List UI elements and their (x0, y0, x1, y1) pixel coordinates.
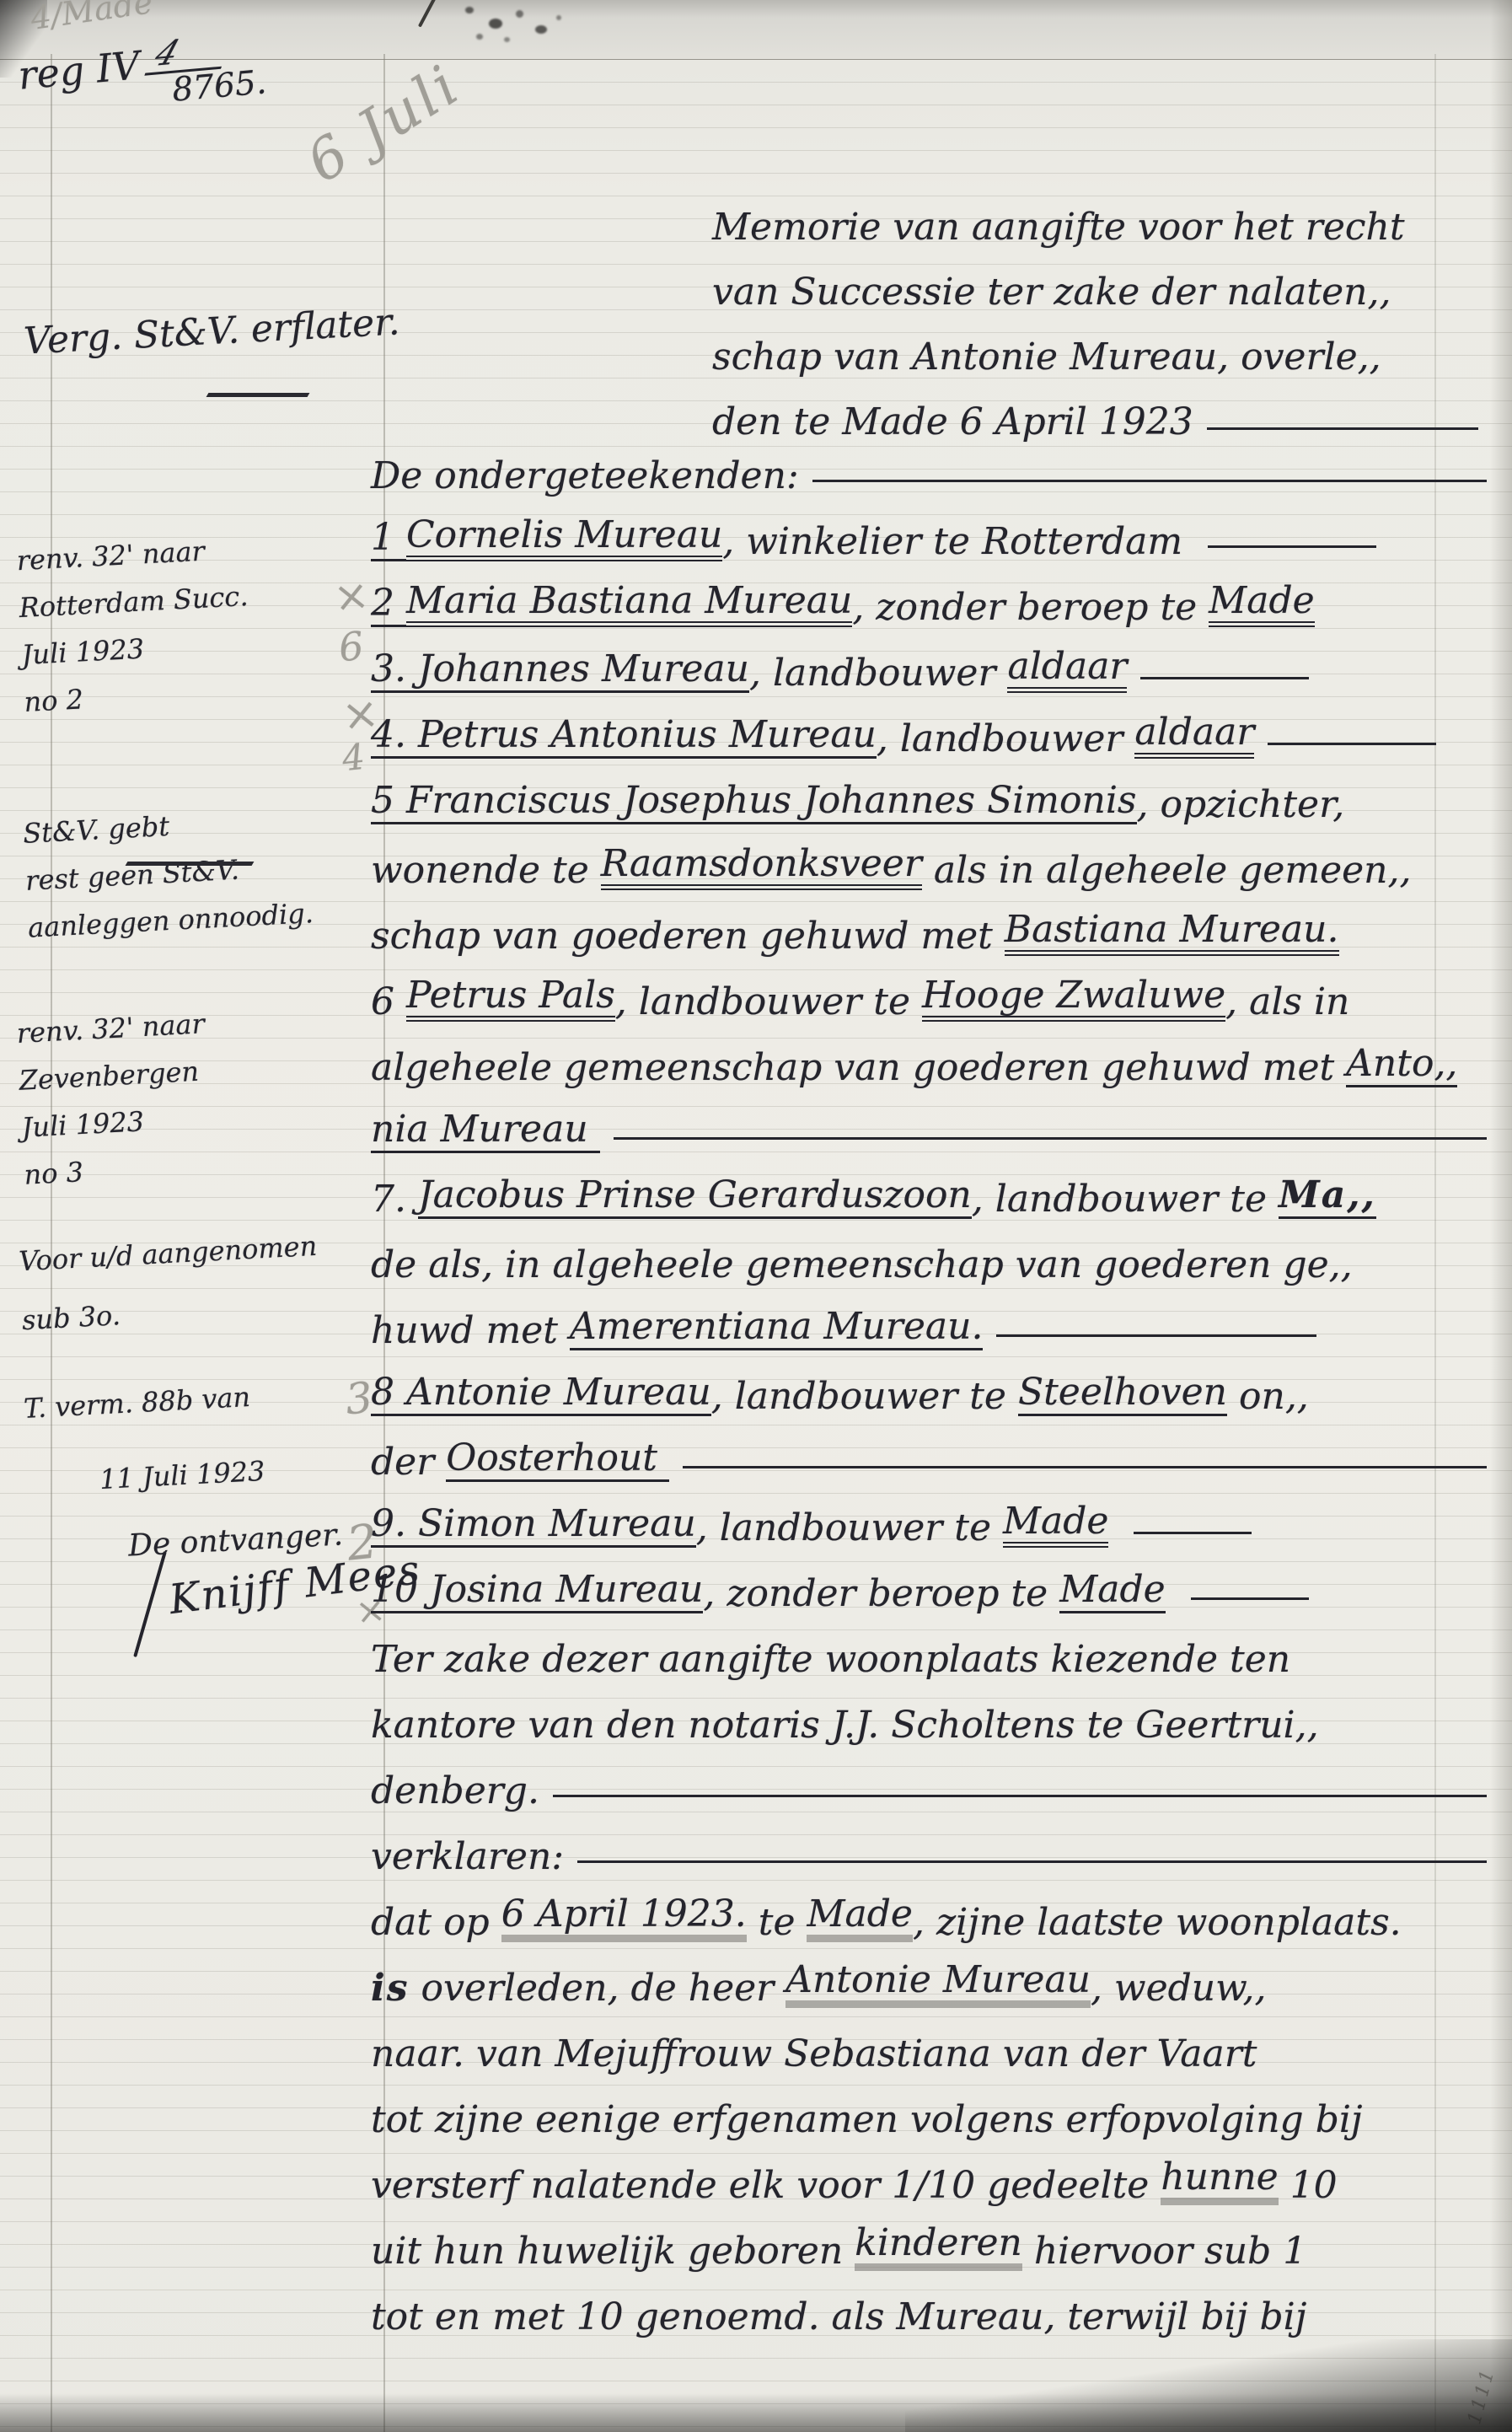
text-segment: 1 (371, 518, 406, 561)
text-segment: kinderen (855, 2224, 1022, 2271)
text-segment: , zonder beroep te (703, 1575, 1059, 1613)
registry-reference-fraction: 48765. (149, 28, 268, 109)
text-segment: 5 (371, 781, 406, 824)
text-line: 7. Jacobus Prinse Gerarduszoon, landbouw… (371, 1153, 1492, 1219)
text-line: verklaren: (371, 1811, 1492, 1876)
text-segment: Oosterhout (446, 1439, 669, 1482)
text-segment: , opzichter, (1137, 786, 1345, 824)
text-segment: 6 (371, 983, 406, 1022)
text-segment: Made (1209, 582, 1315, 627)
scan-bottom-right-shadow (905, 2339, 1512, 2432)
text-segment: 4. (371, 716, 418, 759)
text-segment: Raamsdonksveer (601, 845, 922, 890)
text-segment: kantore van den notaris J.J. Scholtens t… (371, 1706, 1319, 1745)
text-line: 6 Petrus Pals, landbouwer te Hooge Zwalu… (371, 956, 1492, 1022)
header-line: van Successie ter zake der nalaten,, (712, 249, 1483, 314)
text-line: 10 Josina Mureau, zonder beroep te Made (371, 1548, 1492, 1613)
text-segment: Anto,, (1346, 1044, 1457, 1087)
text-line: tot zijne eenige erfgenamen volgens erfo… (371, 2074, 1492, 2139)
document-header: Memorie van aangifte voor het recht van … (712, 184, 1483, 443)
text-line: 8 Antonie Mureau, landbouwer te Steelhov… (371, 1350, 1492, 1416)
text-line: 5 Franciscus Josephus Johannes Simonis, … (371, 759, 1492, 824)
registry-reference-label: reg IV (16, 42, 142, 98)
speck (476, 34, 483, 40)
text-segment: nia Mureau (371, 1110, 600, 1153)
pencil-check-mark: 6 (336, 623, 366, 671)
text-segment: Ma,, (1279, 1176, 1376, 1219)
pencil-check-mark: × (331, 570, 372, 622)
text-segment: uit hun huwelijk geboren (371, 2232, 855, 2271)
text-segment: te (747, 1903, 807, 1942)
ink-rule (1268, 743, 1436, 745)
margin-note-tvm-line1: T. verm. 88b van (23, 1373, 252, 1432)
text-line: nia Mureau (371, 1087, 1492, 1153)
margin-note-underline (206, 393, 310, 397)
margin-note-accepted: Voor u/d aangenomen sub 3o. (18, 1216, 322, 1350)
margin-note-stv: St&V. gebt rest geen St&V. aanleggen onn… (22, 795, 314, 952)
text-segment: Simon Mureau (418, 1505, 696, 1548)
ink-rule (996, 1334, 1316, 1337)
text-segment: 10 (1279, 2166, 1338, 2205)
text-segment: De ondergeteekenden: (371, 457, 799, 496)
text-line: tot en met 10 genoemd. als Mureau, terwi… (371, 2271, 1492, 2337)
text-segment: als in algeheele gemeen,, (922, 851, 1412, 890)
text-segment: tot en met 10 genoemd. als Mureau, terwi… (371, 2298, 1306, 2337)
text-line: huwd met Amerentiana Mureau. (371, 1285, 1492, 1350)
pencil-check-mark: 4 (340, 736, 367, 780)
text-segment: hunne (1161, 2158, 1278, 2205)
text-segment: , als in (1225, 983, 1349, 1022)
text-segment: 8 (371, 1373, 406, 1416)
text-segment: Made (807, 1895, 913, 1942)
text-line: Ter zake dezer aangifte woonplaats kieze… (371, 1613, 1492, 1679)
text-segment: , landbouwer (749, 654, 1008, 693)
text-segment: overleden, de heer (410, 1969, 786, 2008)
text-segment: 10 (371, 1570, 430, 1613)
text-segment: Made (1003, 1502, 1109, 1548)
ink-rule (614, 1137, 1487, 1140)
ink-rule (577, 1860, 1487, 1863)
text-segment: 7. (371, 1180, 418, 1219)
text-segment: Petrus Antonius Mureau (418, 716, 877, 759)
text-segment: wonende te (371, 851, 601, 890)
text-segment: Steelhoven (1018, 1373, 1227, 1416)
text-segment: is (371, 1969, 410, 2008)
margin-note-renvooi-zevenbergen: renv. 32' naar Zevenbergen Juli 1923 no … (15, 1000, 213, 1198)
text-line: algeheele gemeenschap van goederen gehuw… (371, 1022, 1492, 1087)
text-segment: tot zijne eenige erfgenamen volgens erfo… (371, 2101, 1363, 2139)
text-line: versterf nalatende elk voor 1/10 gedeelt… (371, 2139, 1492, 2205)
header-line: schap van Antonie Mureau, overle,, (712, 314, 1483, 378)
text-segment: aldaar (1134, 713, 1254, 759)
header-line: Memorie van aangifte voor het recht (712, 184, 1483, 249)
text-segment: der (371, 1443, 446, 1482)
speck (489, 19, 502, 29)
text-segment: verklaren: (371, 1838, 564, 1876)
margin-note-tvm-line2: 11 Juli 1923 (99, 1447, 266, 1503)
ink-rule (1191, 1597, 1309, 1600)
speck (504, 37, 510, 42)
text-line: 2 Maria Bastiana Mureau, zonder beroep t… (371, 561, 1492, 627)
ink-rule (553, 1795, 1487, 1797)
ink-rule (812, 480, 1487, 482)
text-segment: on,, (1227, 1377, 1309, 1416)
text-line: De ondergeteekenden: (371, 430, 1492, 496)
text-segment: 2 (371, 584, 406, 627)
text-line: wonende te Raamsdonksveer als in algehee… (371, 824, 1492, 890)
text-segment: , landbouwer (877, 720, 1135, 759)
margin-note-renvooi-rotterdam: renv. 32' naar Rotterdam Succ. Juli 1923… (15, 525, 254, 726)
margin-note-compare: Verg. St&V. erflater. (23, 300, 401, 364)
text-segment: , landbouwer te (972, 1180, 1279, 1219)
text-segment: denberg. (371, 1772, 539, 1811)
margin-note-dash (126, 862, 255, 866)
text-segment: algeheele gemeenschap van goederen gehuw… (371, 1049, 1346, 1087)
speck (465, 7, 474, 13)
text-segment: , landbouwer te (711, 1377, 1018, 1416)
text-segment: 6 April 1923. (501, 1895, 747, 1942)
text-segment (1166, 1575, 1177, 1613)
text-segment: 3. (371, 650, 418, 693)
text-segment: schap van goederen gehuwd met (371, 917, 1005, 956)
text-segment: , landbouwer te (696, 1509, 1003, 1548)
text-line: is overleden, de heer Antonie Mureau, we… (371, 1942, 1492, 2008)
text-line: uit hun huwelijk geboren kinderen hiervo… (371, 2205, 1492, 2271)
text-line: 1 Cornelis Mureau, winkelier te Rotterda… (371, 496, 1492, 561)
ink-rule (1140, 677, 1309, 679)
text-segment: Josina Mureau (430, 1570, 703, 1613)
text-segment: , landbouwer te (615, 983, 922, 1022)
speck (535, 25, 547, 34)
text-line: schap van goederen gehuwd met Bastiana M… (371, 890, 1492, 956)
text-line: dat op 6 April 1923. te Made, zijne laat… (371, 1876, 1492, 1942)
ink-rule (683, 1466, 1487, 1468)
text-segment: , weduw,, (1091, 1969, 1267, 2008)
text-line: 3. Johannes Mureau, landbouwer aldaar (371, 627, 1492, 693)
text-line: 9. Simon Mureau, landbouwer te Made (371, 1482, 1492, 1548)
ink-rule (1208, 545, 1376, 548)
text-segment: Franciscus Josephus Johannes Simonis (406, 781, 1137, 824)
text-segment: Amerentiana Mureau. (570, 1307, 984, 1350)
body-lines: De ondergeteekenden:1 Cornelis Mureau, w… (371, 430, 1492, 2337)
text-segment: Johannes Mureau (418, 650, 749, 693)
text-line: kantore van den notaris J.J. Scholtens t… (371, 1679, 1492, 1745)
text-line: 4. Petrus Antonius Mureau, landbouwer al… (371, 693, 1492, 759)
scan-right-shadow (1490, 0, 1512, 2432)
text-segment: Ter zake dezer aangifte woonplaats kieze… (371, 1640, 1290, 1679)
speck (516, 10, 523, 18)
text-segment: Made (1059, 1570, 1166, 1613)
text-line: naar. van Mejuffrouw Sebastiana van der … (371, 2008, 1492, 2074)
text-segment: dat op (371, 1903, 501, 1942)
text-segment (1108, 1509, 1120, 1548)
text-segment: aldaar (1007, 647, 1127, 693)
text-segment: Bastiana Mureau. (1005, 910, 1339, 956)
ink-rule (1134, 1532, 1252, 1534)
text-segment: naar. van Mejuffrouw Sebastiana van der … (371, 2035, 1257, 2074)
text-segment: huwd met (371, 1312, 570, 1350)
text-segment: versterf nalatende elk voor 1/10 gedeelt… (371, 2166, 1161, 2205)
text-segment: , zonder beroep te (852, 588, 1209, 627)
text-segment: Hooge Zwaluwe (922, 976, 1225, 1022)
text-line: de als, in algeheele gemeenschap van goe… (371, 1219, 1492, 1285)
text-segment: hiervoor sub 1 (1022, 2232, 1306, 2271)
text-segment: de als, in algeheele gemeenschap van goe… (371, 1246, 1353, 1285)
text-segment: Maria Bastiana Mureau (406, 582, 852, 627)
text-line: der Oosterhout (371, 1416, 1492, 1482)
text-segment: Cornelis Mureau (406, 516, 722, 561)
text-segment: Petrus Pals (406, 976, 615, 1022)
text-segment: , zijne laatste woonplaats. (913, 1903, 1402, 1942)
text-segment: Antonie Mureau (406, 1373, 711, 1416)
text-segment: Antonie Mureau (785, 1961, 1091, 2008)
speck (556, 15, 561, 20)
text-segment: , winkelier te Rotterdam (722, 523, 1194, 561)
scanned-document-page: reg IV48765. 4/Made 6 Juli 1111 ×6×432× … (0, 0, 1512, 2432)
text-line: denberg. (371, 1745, 1492, 1811)
text-segment: 9. (371, 1505, 418, 1548)
text-segment: Jacobus Prinse Gerarduszoon (418, 1176, 972, 1219)
